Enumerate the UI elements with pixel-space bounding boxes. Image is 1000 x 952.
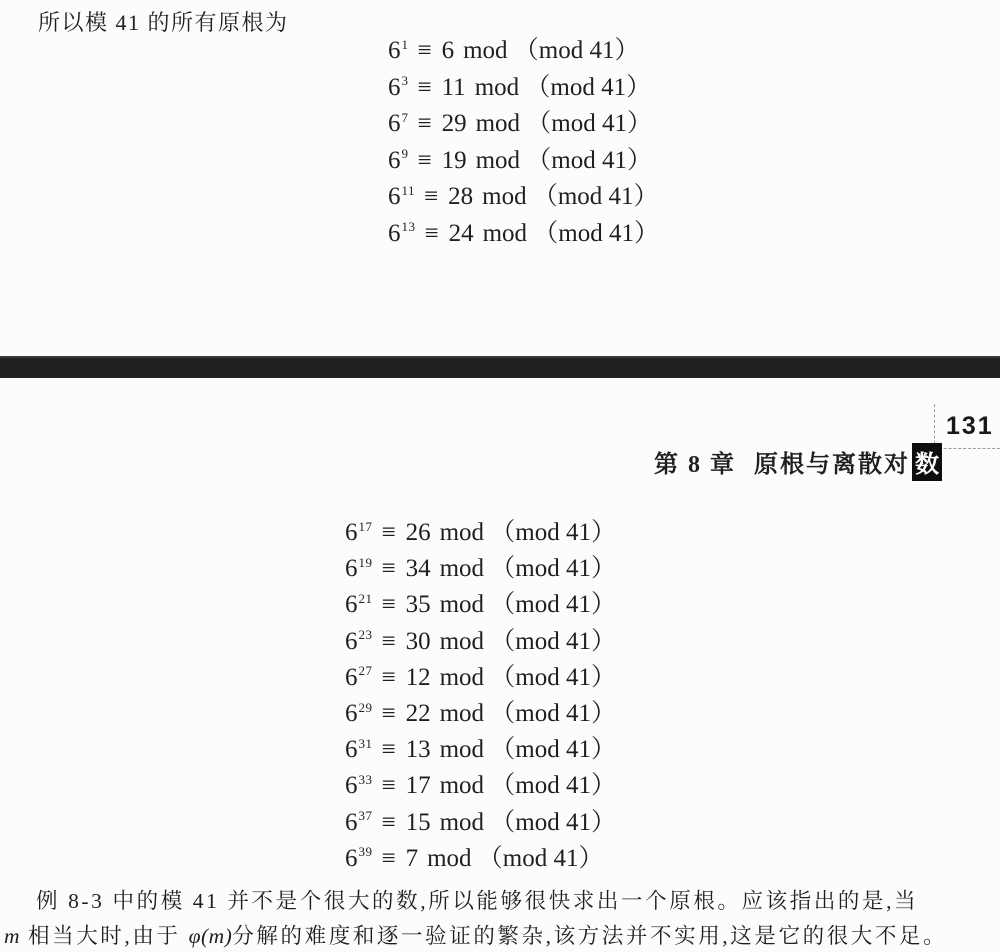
congruence-value: 13: [406, 736, 431, 763]
congruence-mod-suffix: mod （mod 41）: [476, 110, 652, 137]
congruence-mod-suffix: mod （mod 41）: [440, 700, 616, 727]
euler-phi-expression: φ(m): [189, 924, 233, 948]
congruence-equiv-symbol: ≡: [382, 736, 396, 763]
congruence-value: 28: [448, 183, 473, 210]
congruence-equiv-symbol: ≡: [425, 220, 439, 247]
congruence-exponent: 21: [359, 591, 373, 606]
congruence-row: 67≡29mod （mod 41）: [388, 106, 659, 143]
congruence-equiv-symbol: ≡: [382, 664, 396, 691]
congruence-row: 63≡11mod （mod 41）: [388, 70, 659, 107]
scanned-textbook-page: 所以模 41 的所有原根为 61≡6mod （mod 41） 63≡11mod …: [0, 0, 1000, 952]
congruence-value: 26: [406, 519, 431, 546]
congruence-row: 613≡24mod （mod 41）: [388, 216, 659, 253]
congruence-exponent: 19: [359, 555, 373, 570]
congruence-equiv-symbol: ≡: [418, 37, 432, 64]
congruence-mod-suffix: mod （mod 41）: [475, 74, 651, 101]
congruence-base: 6: [345, 772, 358, 799]
congruence-row: 61≡6mod （mod 41）: [388, 33, 659, 70]
congruence-value: 17: [406, 772, 431, 799]
congruence-row: 631≡13mod （mod 41）: [345, 732, 616, 768]
congruence-value: 12: [406, 664, 431, 691]
congruence-value: 6: [442, 37, 455, 64]
page-divider-bar: [0, 356, 1000, 378]
congruence-exponent: 23: [359, 627, 373, 642]
congruence-row: 69≡19mod （mod 41）: [388, 143, 659, 180]
closing-line2-text-a: 相当大时,由于: [20, 924, 189, 948]
congruence-mod-suffix: mod （mod 41）: [483, 220, 659, 247]
chapter-title-highlighted-char: 数: [912, 443, 942, 481]
congruence-value: 22: [406, 700, 431, 727]
congruence-row: 617≡26mod （mod 41）: [345, 515, 616, 551]
closing-line2-text-b: 分解的难度和逐一验证的繁杂,该方法并不实用,这是它的很大不足。: [232, 924, 947, 948]
congruence-base: 6: [345, 555, 358, 582]
chapter-header: 第 8 章原根与离散对数: [654, 443, 942, 481]
congruence-equiv-symbol: ≡: [418, 110, 432, 137]
congruence-exponent: 17: [359, 519, 373, 534]
congruence-mod-suffix: mod （mod 41）: [482, 183, 658, 210]
congruence-mod-suffix: mod （mod 41）: [440, 664, 616, 691]
congruence-exponent: 39: [359, 844, 373, 859]
chapter-number-label: 第 8 章: [654, 452, 736, 478]
congruence-mod-suffix: mod （mod 41）: [440, 809, 616, 836]
congruence-base: 6: [388, 110, 401, 137]
chapter-title: 原根与离散对: [754, 452, 910, 478]
congruence-equiv-symbol: ≡: [382, 519, 396, 546]
congruence-exponent: 13: [402, 219, 416, 234]
congruence-mod-suffix: mod （mod 41）: [476, 147, 652, 174]
congruence-base: 6: [388, 74, 401, 101]
congruence-mod-suffix: mod （mod 41）: [440, 772, 616, 799]
congruence-list-bottom: 617≡26mod （mod 41） 619≡34mod （mod 41） 62…: [345, 515, 616, 877]
congruence-equiv-symbol: ≡: [382, 700, 396, 727]
congruence-equiv-symbol: ≡: [424, 183, 438, 210]
congruence-mod-suffix: mod （mod 41）: [427, 845, 603, 872]
congruence-equiv-symbol: ≡: [382, 591, 396, 618]
congruence-equiv-symbol: ≡: [382, 845, 396, 872]
congruence-base: 6: [345, 809, 358, 836]
congruence-mod-suffix: mod （mod 41）: [440, 519, 616, 546]
congruence-exponent: 27: [359, 663, 373, 678]
congruence-base: 6: [345, 519, 358, 546]
congruence-row: 637≡15mod （mod 41）: [345, 805, 616, 841]
congruence-value: 7: [406, 845, 419, 872]
congruence-base: 6: [345, 736, 358, 763]
intro-text: 所以模 41 的所有原根为: [38, 6, 289, 37]
congruence-row: 623≡30mod （mod 41）: [345, 624, 616, 660]
congruence-equiv-symbol: ≡: [382, 628, 396, 655]
congruence-mod-suffix: mod （mod 41）: [440, 591, 616, 618]
page-number: 131: [946, 412, 994, 441]
congruence-base: 6: [345, 664, 358, 691]
closing-paragraph-line2: m 相当大时,由于 φ(m)分解的难度和逐一验证的繁杂,该方法并不实用,这是它的…: [4, 919, 976, 952]
congruence-exponent: 3: [402, 73, 409, 88]
congruence-mod-suffix: mod （mod 41）: [440, 628, 616, 655]
closing-paragraph-line1: 例 8-3 中的模 41 并不是个很大的数,所以能够很快求出一个原根。应该指出的…: [4, 884, 976, 919]
congruence-value: 29: [442, 110, 467, 137]
congruence-value: 15: [406, 809, 431, 836]
congruence-equiv-symbol: ≡: [382, 809, 396, 836]
congruence-equiv-symbol: ≡: [418, 147, 432, 174]
congruence-row: 619≡34mod （mod 41）: [345, 551, 616, 587]
page-number-box: 131: [934, 404, 1000, 449]
congruence-row: 621≡35mod （mod 41）: [345, 587, 616, 623]
congruence-base: 6: [388, 183, 401, 210]
congruence-value: 11: [442, 74, 466, 101]
congruence-base: 6: [388, 37, 401, 64]
congruence-base: 6: [388, 147, 401, 174]
congruence-row: 639≡7mod （mod 41）: [345, 841, 616, 877]
congruence-mod-suffix: mod （mod 41）: [440, 555, 616, 582]
congruence-exponent: 29: [359, 700, 373, 715]
congruence-mod-suffix: mod （mod 41）: [440, 736, 616, 763]
congruence-equiv-symbol: ≡: [418, 74, 432, 101]
congruence-base: 6: [345, 845, 358, 872]
congruence-base: 6: [345, 628, 358, 655]
congruence-base: 6: [345, 591, 358, 618]
congruence-exponent: 7: [402, 110, 409, 125]
variable-m: m: [4, 924, 20, 948]
congruence-value: 24: [449, 220, 474, 247]
congruence-mod-suffix: mod （mod 41）: [463, 37, 639, 64]
congruence-exponent: 1: [402, 37, 409, 52]
congruence-list-top: 61≡6mod （mod 41） 63≡11mod （mod 41） 67≡29…: [388, 33, 659, 252]
congruence-base: 6: [345, 700, 358, 727]
congruence-base: 6: [388, 220, 401, 247]
congruence-equiv-symbol: ≡: [382, 555, 396, 582]
congruence-value: 35: [406, 591, 431, 618]
congruence-row: 611≡28mod （mod 41）: [388, 179, 659, 216]
congruence-exponent: 31: [359, 736, 373, 751]
congruence-value: 34: [406, 555, 431, 582]
congruence-exponent: 33: [359, 772, 373, 787]
congruence-row: 629≡22mod （mod 41）: [345, 696, 616, 732]
closing-paragraph: 例 8-3 中的模 41 并不是个很大的数,所以能够很快求出一个原根。应该指出的…: [4, 884, 976, 952]
congruence-exponent: 11: [402, 183, 416, 198]
congruence-equiv-symbol: ≡: [382, 772, 396, 799]
congruence-value: 30: [406, 628, 431, 655]
congruence-exponent: 37: [359, 808, 373, 823]
congruence-value: 19: [442, 147, 467, 174]
congruence-row: 627≡12mod （mod 41）: [345, 660, 616, 696]
congruence-row: 633≡17mod （mod 41）: [345, 768, 616, 804]
congruence-exponent: 9: [402, 146, 409, 161]
